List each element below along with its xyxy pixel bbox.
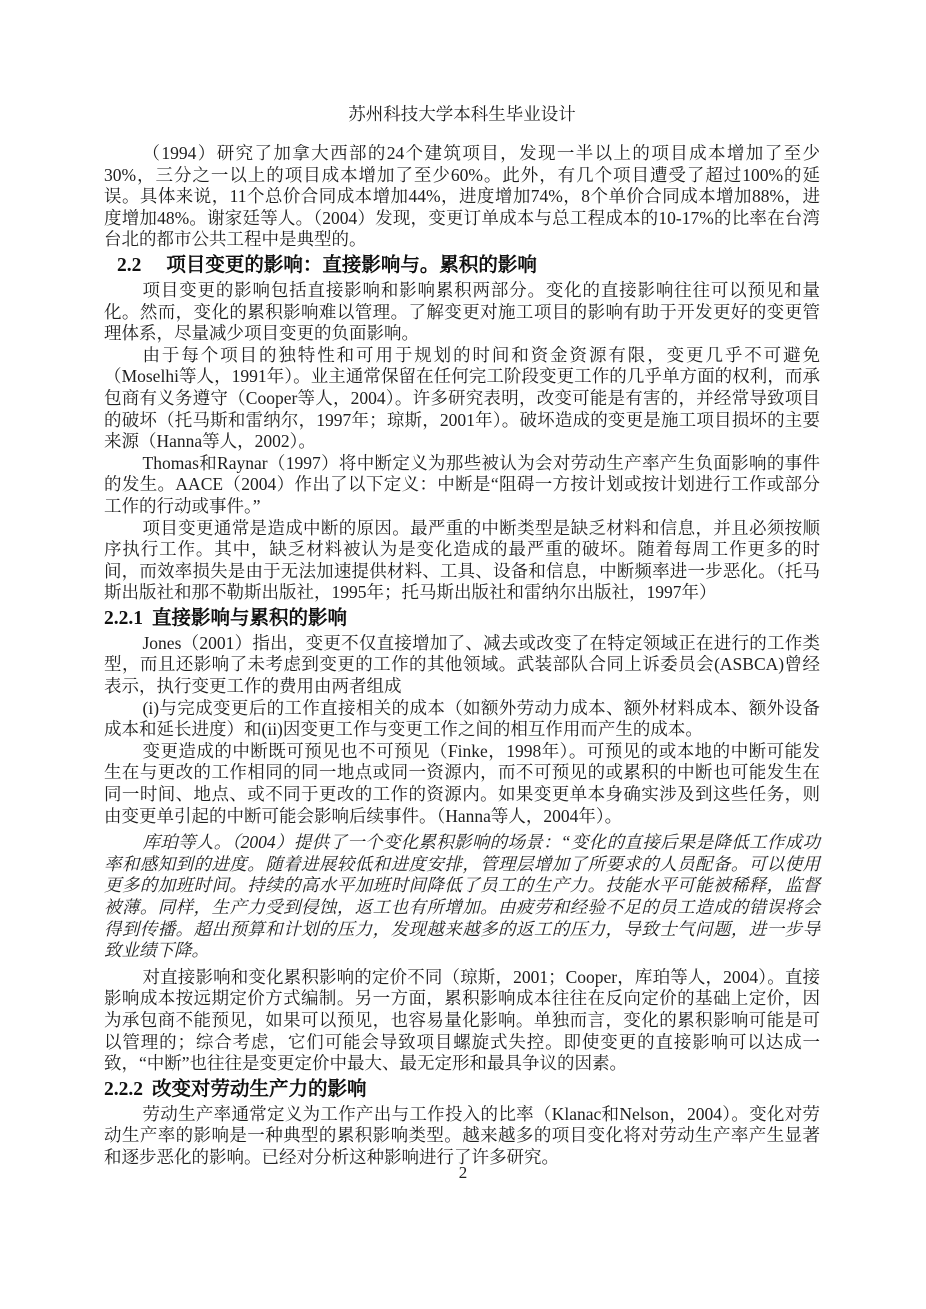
paragraph-8: 变更造成的中断既可预见也不可预见（Finke，1998年）。可预见的或本地的中断… [104, 741, 820, 827]
document-body: （1994）研究了加拿大西部的24个建筑项目，发现一半以上的项目成本增加了至少3… [104, 143, 820, 1169]
section-heading-2-2: 2.2项目变更的影响：直接影响与。累积的影响 [117, 253, 820, 278]
paragraph-7: (i)与完成变更后的工作直接相关的成本（如额外劳动力成本、额外材料成本、额外设备… [104, 698, 820, 741]
paragraph-2: 项目变更的影响包括直接影响和影响累积两部分。变化的直接影响往往可以预见和量化。然… [104, 280, 820, 345]
paragraph-6: Jones（2001）指出，变更不仅直接增加了、减去或改变了在特定领域正在进行的… [104, 633, 820, 698]
section-title-2-2: 项目变更的影响：直接影响与。累积的影响 [166, 254, 537, 276]
paragraph-4: Thomas和Raynar（1997）将中断定义为那些被认为会对劳动生产率产生负… [104, 453, 820, 518]
page-number: 2 [459, 1163, 468, 1182]
paragraph-3: 由于每个项目的独特性和可用于规划的时间和资金资源有限，变更几乎不可避免（Mose… [104, 345, 820, 453]
quotation-paragraph: 库珀等人。（2004）提供了一个变化累积影响的场景：“变化的直接后果是降低工作成… [104, 832, 820, 962]
section-title-2-2-2: 改变对劳动生产力的影响 [152, 1078, 367, 1100]
section-number-2-2-2: 2.2.2 [104, 1079, 143, 1100]
section-heading-2-2-2: 2.2.2改变对劳动生产力的影响 [104, 1077, 820, 1102]
page-footer: 2 [0, 1162, 926, 1184]
paragraph-5: 项目变更通常是造成中断的原因。最严重的中断类型是缺乏材料和信息，并且必须按顺序执… [104, 518, 820, 604]
paragraph-10: 对直接影响和变化累积影响的定价不同（琼斯，2001；Cooper，库珀等人，20… [104, 967, 820, 1075]
section-title-2-2-1: 直接影响与累积的影响 [152, 607, 347, 629]
page-header-title: 苏州科技大学本科生毕业设计 [348, 104, 576, 124]
page-header: 苏州科技大学本科生毕业设计 [104, 103, 820, 125]
paragraph-11: 劳动生产率通常定义为工作产出与工作投入的比率（Klanac和Nelson，200… [104, 1104, 820, 1169]
section-number-2-2: 2.2 [117, 255, 141, 276]
paragraph-1: （1994）研究了加拿大西部的24个建筑项目，发现一半以上的项目成本增加了至少3… [104, 143, 820, 251]
section-heading-2-2-1: 2.2.1直接影响与累积的影响 [104, 606, 820, 631]
section-number-2-2-1: 2.2.1 [104, 608, 143, 629]
document-page: 苏州科技大学本科生毕业设计 （1994）研究了加拿大西部的24个建筑项目，发现一… [0, 0, 926, 1309]
